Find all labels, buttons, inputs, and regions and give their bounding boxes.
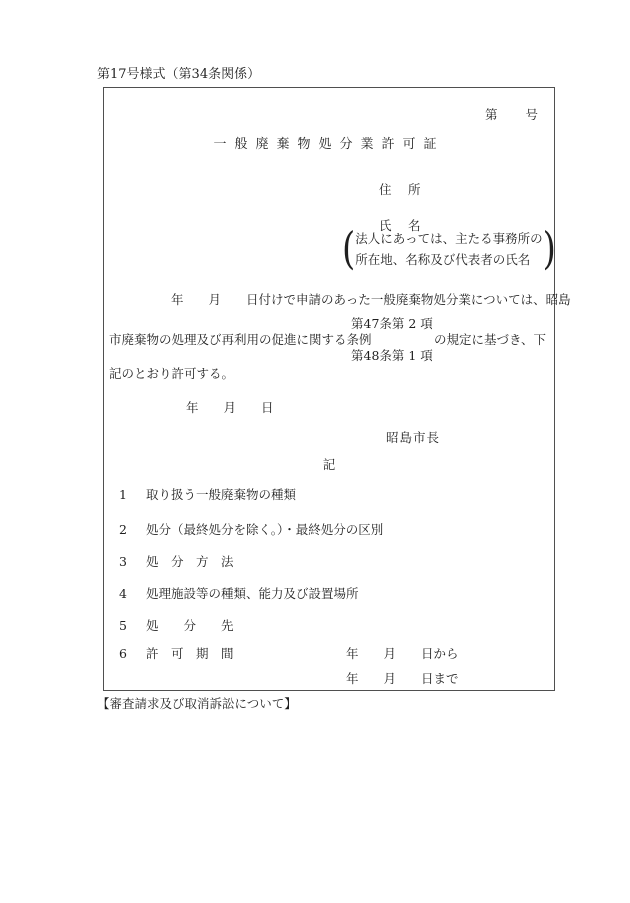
record-heading: 記 bbox=[323, 455, 336, 473]
open-paren: ( bbox=[342, 227, 355, 271]
item-label: 処分（最終処分を除く。）・最終処分の区別 bbox=[146, 522, 383, 537]
item-number: 5 bbox=[119, 618, 146, 633]
close-paren: ) bbox=[543, 227, 556, 271]
permit-box: 第 号 一般廃棄物処分業許可証 住 所 氏 名 ( 法人にあっては、主たる事務所… bbox=[103, 87, 555, 691]
item-label: 処 分 方 法 bbox=[146, 554, 234, 569]
body-line1: 年 月 日付けで申請のあった一般廃棄物処分業については、昭島 bbox=[171, 290, 571, 308]
list-item-2: 2処分（最終処分を除く。）・最終処分の区別 bbox=[119, 520, 383, 538]
item-number: 1 bbox=[119, 487, 146, 502]
item-label: 処理施設等の種類、能力及び設置場所 bbox=[146, 586, 359, 601]
page-title: 一般廃棄物処分業許可証 bbox=[213, 133, 444, 152]
body-line2-tail: の規定に基づき、下 bbox=[434, 330, 546, 348]
corporate-note: ( 法人にあっては、主たる事務所の 所在地、名称及び代表者の氏名 ) bbox=[342, 228, 556, 270]
list-item-4: 4処理施設等の種類、能力及び設置場所 bbox=[119, 584, 359, 602]
corporate-note-line1: 法人にあっては、主たる事務所の bbox=[355, 228, 542, 249]
list-item-5: 5処 分 先 bbox=[119, 616, 234, 634]
item-number: 3 bbox=[119, 554, 146, 569]
corporate-note-lines: 法人にあっては、主たる事務所の 所在地、名称及び代表者の氏名 bbox=[355, 228, 542, 270]
item-number: 2 bbox=[119, 522, 146, 537]
issue-date-line: 年 月 日 bbox=[186, 398, 274, 416]
item-number: 4 bbox=[119, 586, 146, 601]
doc-number: 第 号 bbox=[485, 105, 539, 123]
issuer-name: 昭島市長 bbox=[386, 428, 440, 446]
permit-period-from: 年 月 日から bbox=[346, 644, 459, 662]
footer-note: 【審査請求及び取消訴訟について】 bbox=[97, 694, 297, 712]
list-item-3: 3処 分 方 法 bbox=[119, 552, 234, 570]
item-number: 6 bbox=[119, 646, 146, 661]
article-lower: 第48条第 1 項 bbox=[351, 346, 433, 364]
address-label: 住 所 bbox=[379, 180, 423, 198]
form-number-label: 第17号様式（第34条関係） bbox=[97, 63, 260, 82]
corporate-note-line2: 所在地、名称及び代表者の氏名 bbox=[355, 249, 542, 270]
item-label: 取り扱う一般廃棄物の種類 bbox=[146, 487, 296, 502]
permit-period-to: 年 月 日まで bbox=[346, 669, 459, 687]
ordinance-name: 市廃棄物の処理及び再利用の促進に関する条例 bbox=[109, 330, 372, 348]
list-item-1: 1取り扱う一般廃棄物の種類 bbox=[119, 485, 296, 503]
item-label: 処 分 先 bbox=[146, 618, 234, 633]
body-line3: 記のとおり許可する。 bbox=[109, 364, 234, 382]
item-label: 許 可 期 間 bbox=[146, 646, 234, 661]
list-item-6: 6許 可 期 間 bbox=[119, 644, 234, 662]
document-page: 第17号様式（第34条関係） 第 号 一般廃棄物処分業許可証 住 所 氏 名 (… bbox=[0, 0, 630, 903]
